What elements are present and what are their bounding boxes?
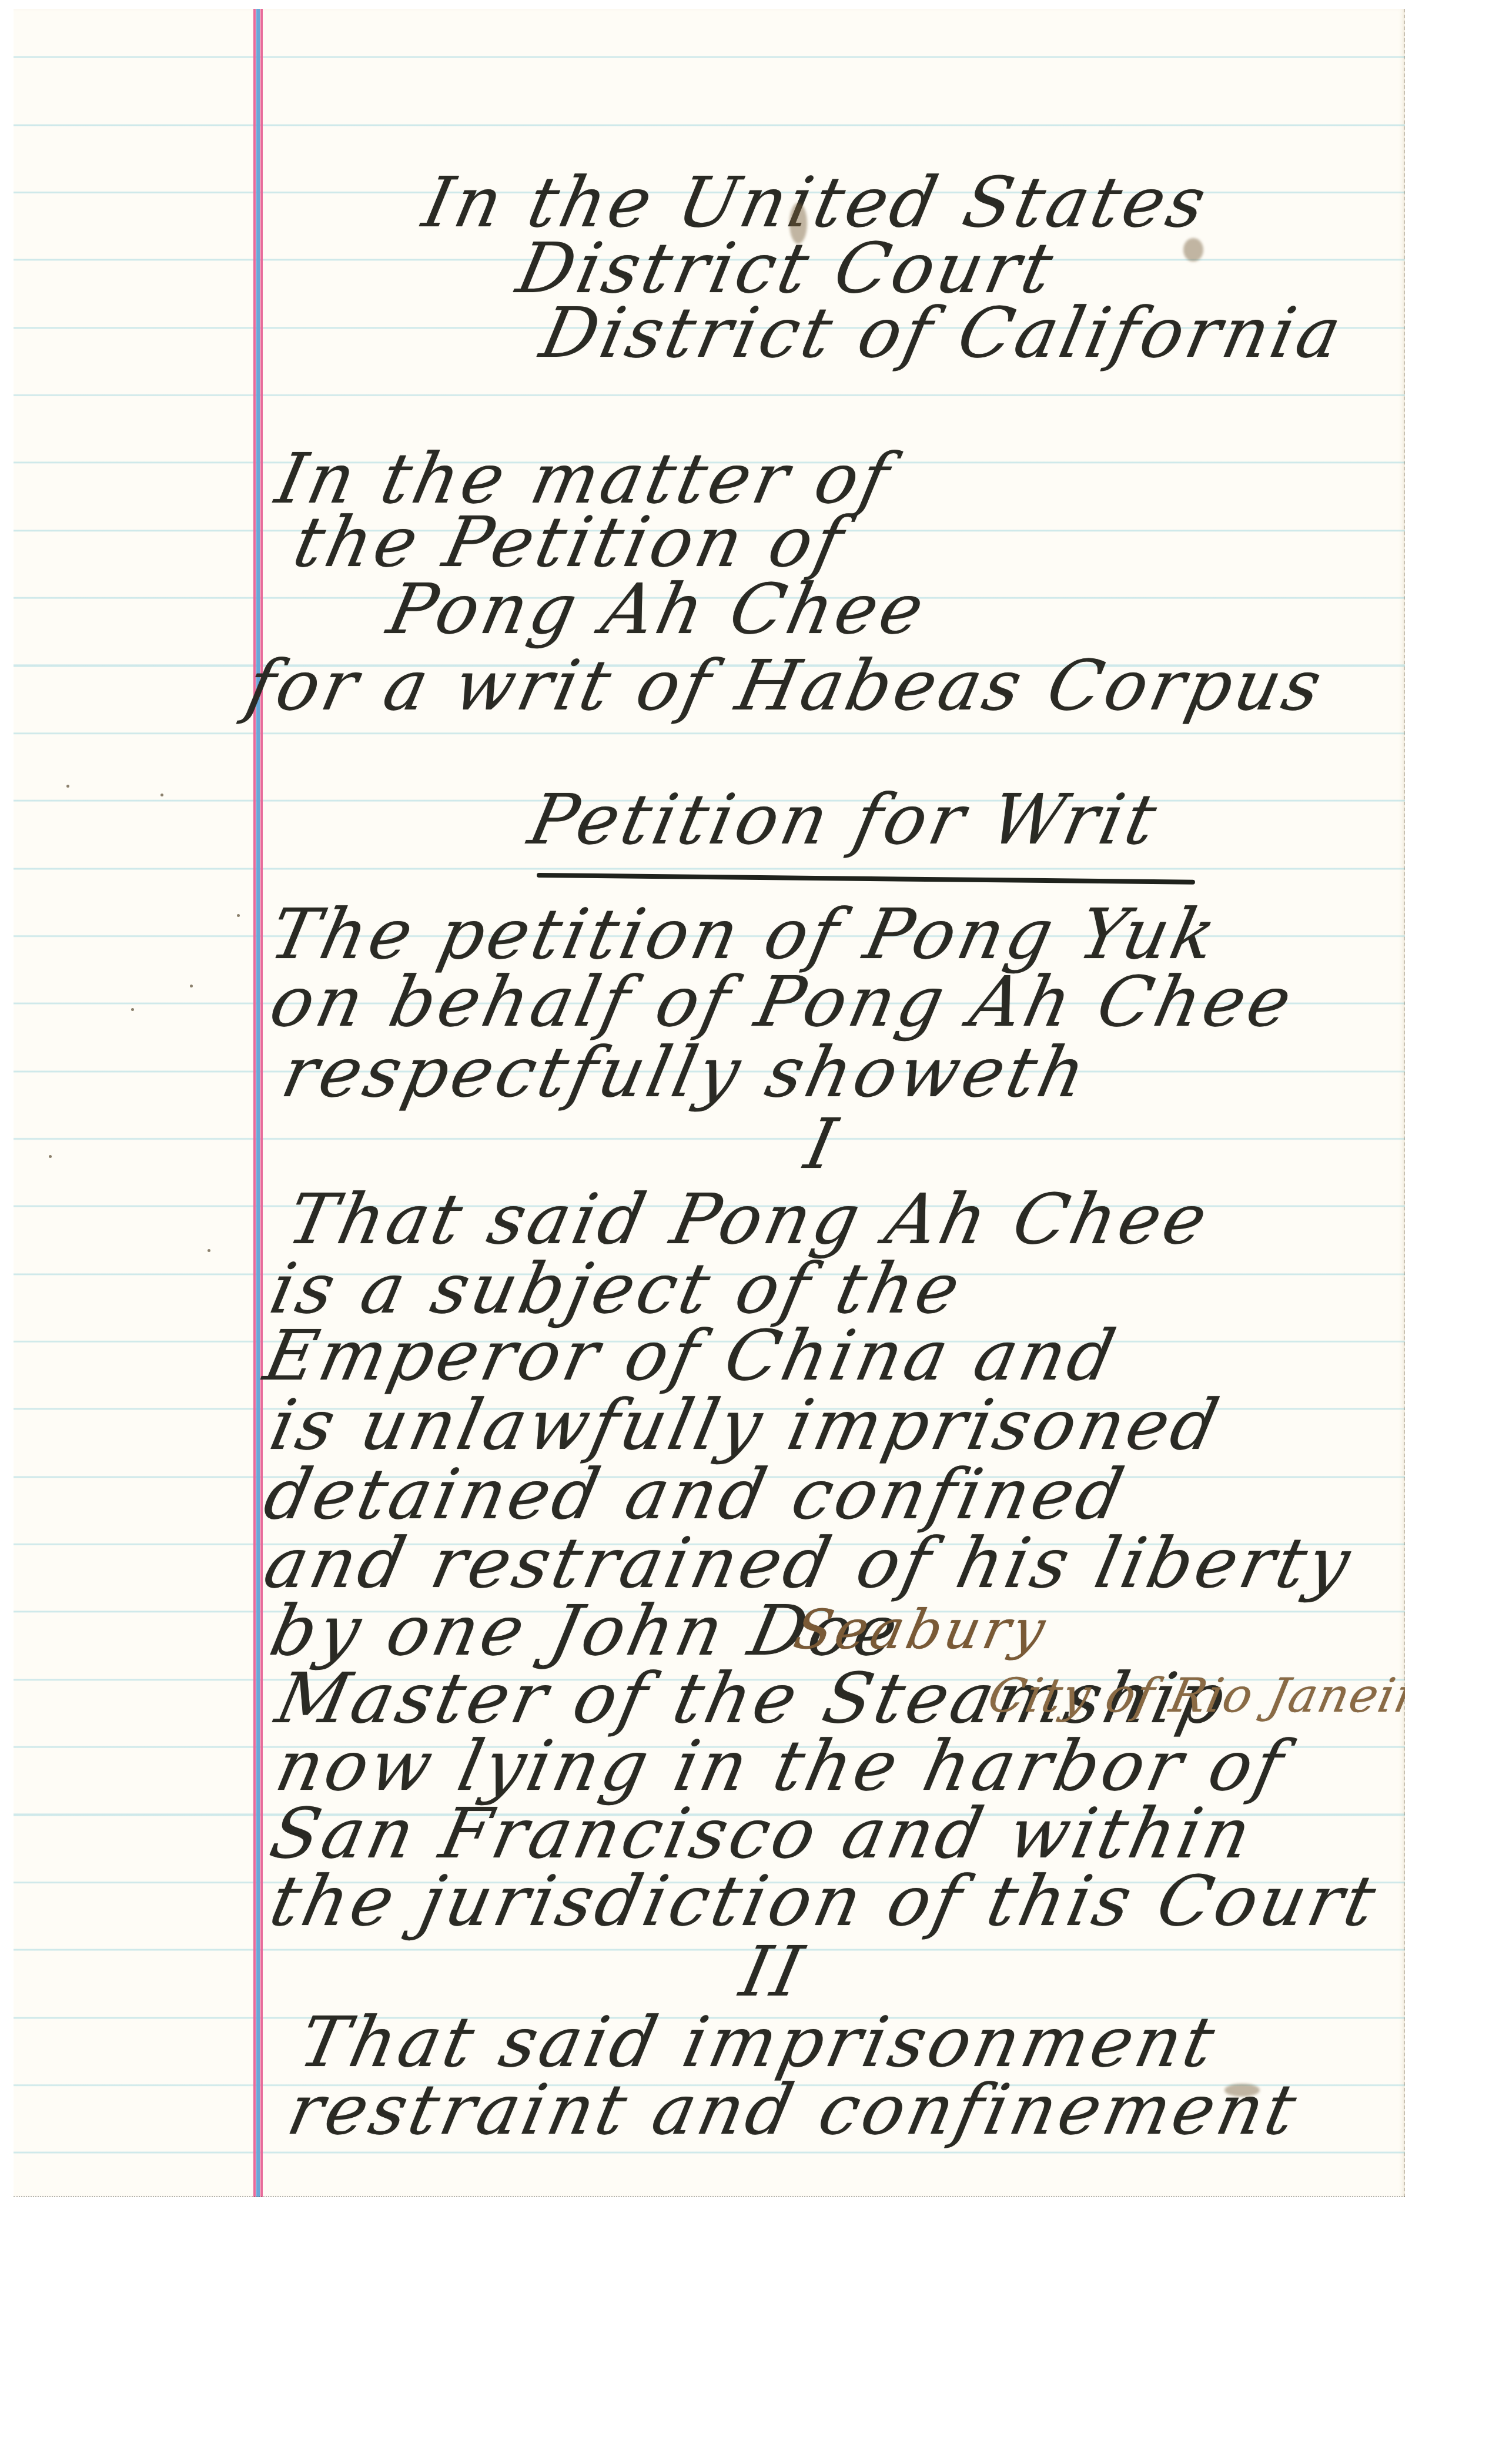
court-caption-line-3: District of California [535,298,1350,367]
section-1-line: is a subject of the [265,1254,969,1323]
intro-line-3: respectfully showeth [276,1037,1095,1107]
section-2-line: That said imprisonment [294,2007,1223,2077]
inserted-ship-name: City of Rio Janeiro [984,1672,1405,1719]
paper-right-edge [1402,9,1405,2197]
ink-stain [789,203,807,244]
ink-stain [1183,238,1203,262]
section-1-line: the jurisdiction of this Court [265,1866,1384,1936]
intro-line-1: The petition of Pong Yuk [265,899,1224,969]
document-page: In the United States District Court Dist… [14,9,1405,2197]
matter-line-3: Pong Ah Chee [382,574,932,644]
ink-stain [1224,2084,1260,2097]
section-1-line: and restrained of his liberty [259,1528,1359,1598]
margin-line-pink-left [253,9,256,2197]
margin-line-pink-right [260,9,263,2197]
intro-line-2: on behalf of Pong Ah Chee [265,967,1300,1036]
margin-line [253,9,263,2197]
inserted-name-seabury: Seabury [789,1603,1053,1657]
section-2-line: restraint and confinement [282,2075,1305,2144]
paper-speck [49,1155,52,1158]
section-1-line: That said Pong Ah Chee [282,1184,1216,1254]
paper-bottom-edge [14,2195,1405,2197]
section-1-line: now lying in the harbor of [270,1731,1292,1800]
section-1-line: is unlawfully imprisoned [265,1390,1227,1459]
petition-heading: Petition for Writ [523,785,1165,854]
court-caption-line-1: In the United States [417,168,1214,237]
section-1-line: detained and confined [259,1459,1132,1529]
matter-line-2: the Petition of [288,507,852,577]
paper-speck [66,785,69,788]
section-1-line: San Francisco and within [265,1799,1260,1868]
paper-speck [160,794,163,796]
paper-speck [131,1008,134,1011]
paper-speck [190,985,193,987]
paper-speck [208,1249,210,1252]
paper-speck [237,914,240,917]
margin-line-blue [256,9,260,2197]
section-1-line: Emperor of China and [259,1321,1124,1390]
matter-line-4: for a writ of Habeas Corpus [241,651,1330,720]
